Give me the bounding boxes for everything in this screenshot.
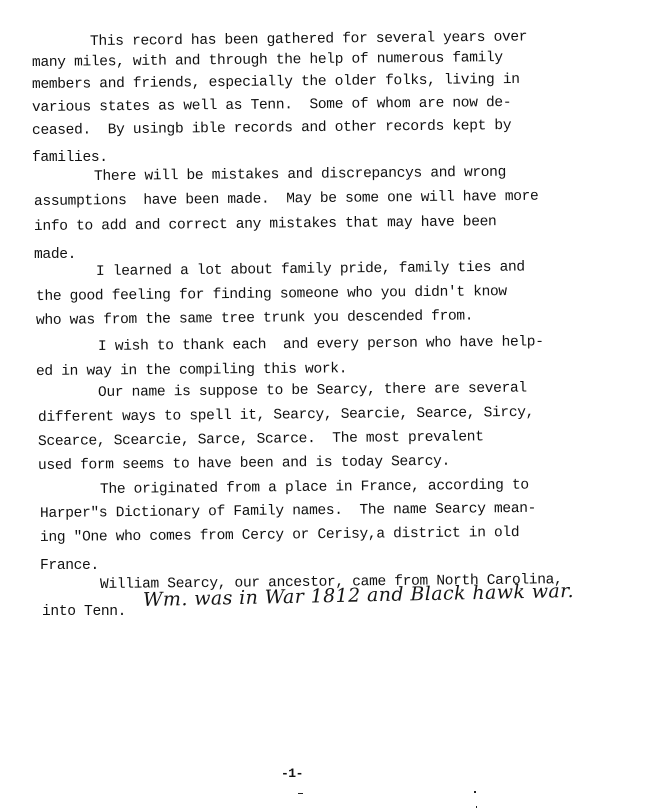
text-line: I wish to thank each and every person wh… — [98, 332, 544, 357]
text-line: many miles, with and through the help of… — [32, 48, 503, 73]
page-number: -1- — [281, 766, 303, 781]
text-line: used form seems to have been and is toda… — [38, 452, 450, 476]
text-line: who was from the same tree trunk you des… — [36, 306, 473, 331]
text-line: Harper"s Dictionary of Family names. The… — [40, 499, 536, 524]
text-line: There will be mistakes and discrepancys … — [94, 163, 506, 187]
text-line: ceased. By usingb ible records and other… — [32, 116, 511, 141]
text-line: members and friends, especially the olde… — [32, 70, 520, 95]
document-page: This record has been gathered for severa… — [0, 0, 655, 811]
text-line: made. — [34, 245, 76, 265]
text-line: different ways to spell it, Searcy, Sear… — [38, 403, 534, 428]
text-line: families. — [32, 148, 108, 168]
text-line: France. — [40, 556, 99, 576]
text-line: various states as well as Tenn. Some of … — [32, 93, 511, 118]
text-line: ed in way in the compiling this work. — [36, 359, 347, 382]
text-line: ing "One who comes from Cercy or Cerisy,… — [40, 523, 519, 548]
text-line: into Tenn. — [42, 602, 126, 622]
text-line: the good feeling for finding someone who… — [36, 282, 507, 307]
text-line: info to add and correct any mistakes tha… — [34, 212, 497, 237]
text-line: Scearce, Scearcie, Sarce, Scarce. The mo… — [38, 427, 484, 452]
scan-speck — [298, 793, 303, 794]
scan-speck — [476, 806, 477, 808]
text-line: The originated from a place in France, a… — [100, 476, 529, 500]
text-line: I learned a lot about family pride, fami… — [96, 258, 525, 282]
text-line: Our name is suppose to be Searcy, there … — [98, 379, 527, 403]
scan-speck — [474, 791, 476, 793]
text-line: assumptions have been made. May be some … — [34, 187, 539, 212]
